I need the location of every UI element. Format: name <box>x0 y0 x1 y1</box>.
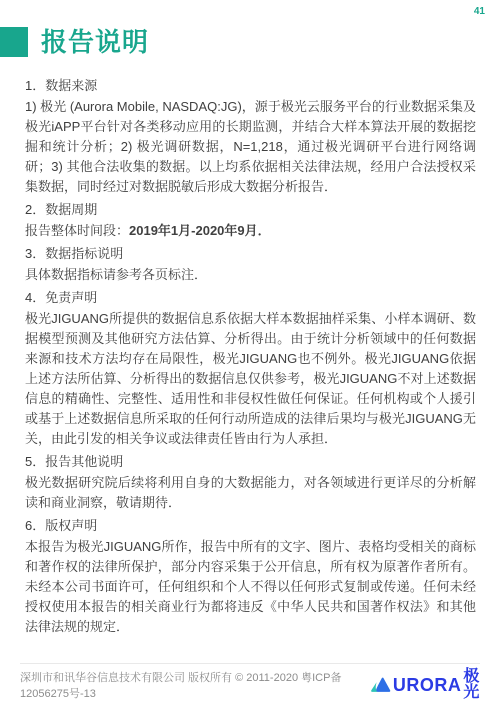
page-title: 报告说明 <box>41 27 149 57</box>
page-footer: 深圳市和讯华谷信息技术有限公司 版权所有 © 2011-2020 粤ICP备12… <box>20 669 487 701</box>
section-other-notes: 5．报告其他说明 极光数据研究院后续将利用自身的大数据能力，对各领域进行更详尽的… <box>25 452 476 513</box>
report-page: 41 报告说明 1．数据来源 1) 极光 (Aurora Mobile, NAS… <box>0 0 500 707</box>
section-paragraph: 极光JIGUANG所提供的数据信息系依据大样本数据抽样采集、小样本调研、数据模型… <box>25 309 476 449</box>
section-data-period: 2．数据周期 报告整体时间段：2019年1月-2020年9月． <box>25 200 476 241</box>
page-number: 41 <box>474 6 485 17</box>
aurora-logo-latin-text: URORA <box>393 676 462 694</box>
section-paragraph: 本报告为极光JIGUANG所作，报告中所有的文字、图片、表格均受相关的商标和著作… <box>25 537 476 637</box>
section-heading: 4．免责声明 <box>25 288 476 308</box>
period-value: 2019年1月-2020年9月． <box>129 223 271 238</box>
section-heading: 2．数据周期 <box>25 200 476 220</box>
section-data-source: 1．数据来源 1) 极光 (Aurora Mobile, NASDAQ:JG)，… <box>25 76 476 197</box>
section-heading: 5．报告其他说明 <box>25 452 476 472</box>
aurora-logo-cn-text: 极光 <box>463 669 487 701</box>
aurora-logo: URORA 极光 <box>371 669 487 701</box>
section-heading: 3．数据指标说明 <box>25 244 476 264</box>
period-label: 报告整体时间段： <box>25 223 129 238</box>
section-data-indicators: 3．数据指标说明 具体数据指标请参考各页标注． <box>25 244 476 285</box>
section-paragraph: 具体数据指标请参考各页标注． <box>25 265 476 285</box>
footer-divider <box>20 663 480 664</box>
section-heading: 6．版权声明 <box>25 516 476 536</box>
copyright-text: 深圳市和讯华谷信息技术有限公司 版权所有 © 2011-2020 粤ICP备12… <box>20 669 371 701</box>
section-paragraph: 1) 极光 (Aurora Mobile, NASDAQ:JG)，源于极光云服务… <box>25 97 476 197</box>
section-copyright-statement: 6．版权声明 本报告为极光JIGUANG所作，报告中所有的文字、图片、表格均受相… <box>25 516 476 637</box>
section-heading: 1．数据来源 <box>25 76 476 96</box>
report-body: 1．数据来源 1) 极光 (Aurora Mobile, NASDAQ:JG)，… <box>25 73 476 639</box>
section-paragraph: 报告整体时间段：2019年1月-2020年9月． <box>25 221 476 241</box>
page-header: 报告说明 <box>0 27 149 57</box>
section-disclaimer: 4．免责声明 极光JIGUANG所提供的数据信息系依据大样本数据抽样采集、小样本… <box>25 288 476 449</box>
section-paragraph: 极光数据研究院后续将利用自身的大数据能力，对各领域进行更详尽的分析解读和商业洞察… <box>25 473 476 513</box>
title-accent-square <box>0 27 28 57</box>
aurora-logo-mark-icon <box>371 674 391 696</box>
